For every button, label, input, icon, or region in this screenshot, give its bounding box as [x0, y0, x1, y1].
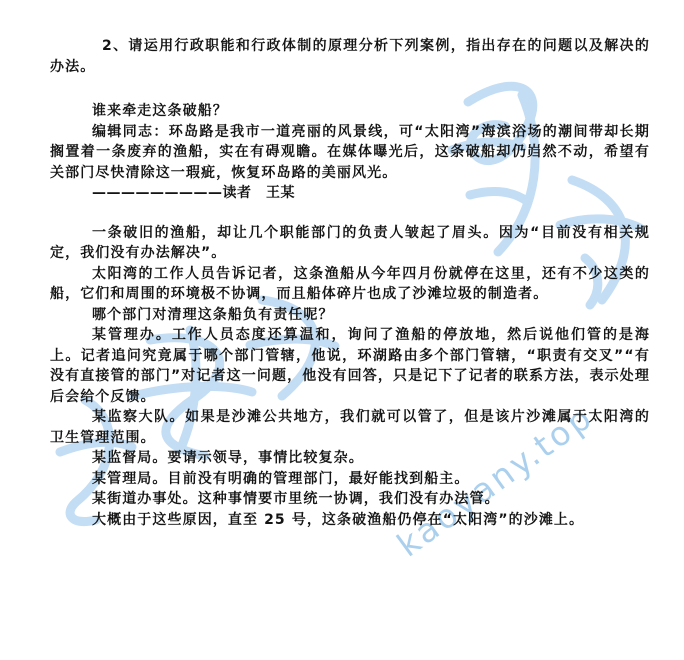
paragraph: 某街道办事处。这种事情要市里统一协调，我们没有办法管。: [50, 489, 650, 510]
paragraph: 大概由于这些原因，直至 25 号，这条破渔船仍停在“太阳湾”的沙滩上。: [50, 510, 650, 531]
exam-question: 2、请运用行政职能和行政体制的原理分析下列案例，指出存在的问题以及解决的办法。: [50, 36, 650, 77]
paragraph: 某管理局。目前没有明确的管理部门，最好能找到船主。: [50, 469, 650, 490]
paragraph: 某监察大队。如果是沙滩公共地方，我们就可以管了，但是该片沙滩属于太阳湾的卫生管理…: [50, 407, 650, 448]
document-content: 2、请运用行政职能和行政体制的原理分析下列案例，指出存在的问题以及解决的办法。 …: [50, 36, 650, 530]
paragraph: 太阳湾的工作人员告诉记者，这条渔船从今年四月份就停在这里，还有不少这类的船，它们…: [50, 264, 650, 305]
paragraph: 哪个部门对清理这条船负有责任呢？: [50, 305, 650, 326]
paragraph: 一条破旧的渔船，却让几个职能部门的负责人皱起了眉头。因为“目前没有相关规定，我们…: [50, 223, 650, 264]
paragraph: 某管理办。工作人员态度还算温和，询问了渔船的停放地，然后说他们管的是海上。记者追…: [50, 325, 650, 407]
reader-letter: 编辑同志：环岛路是我市一道亮丽的风景线，可“太阳湾”海滨浴场的潮间带却长期搁置着…: [50, 122, 650, 184]
paragraph: 某监督局。要请示领导，事情比较复杂。: [50, 448, 650, 469]
letter-signature: —————————读者 王某: [50, 183, 650, 204]
article-title: 谁来牵走这条破船？: [50, 101, 650, 122]
article-body: 一条破旧的渔船，却让几个职能部门的负责人皱起了眉头。因为“目前没有相关规定，我们…: [50, 223, 650, 531]
document-page: kaoyany.top 2、请运用行政职能和行政体制的原理分析下列案例，指出存在…: [0, 0, 684, 660]
